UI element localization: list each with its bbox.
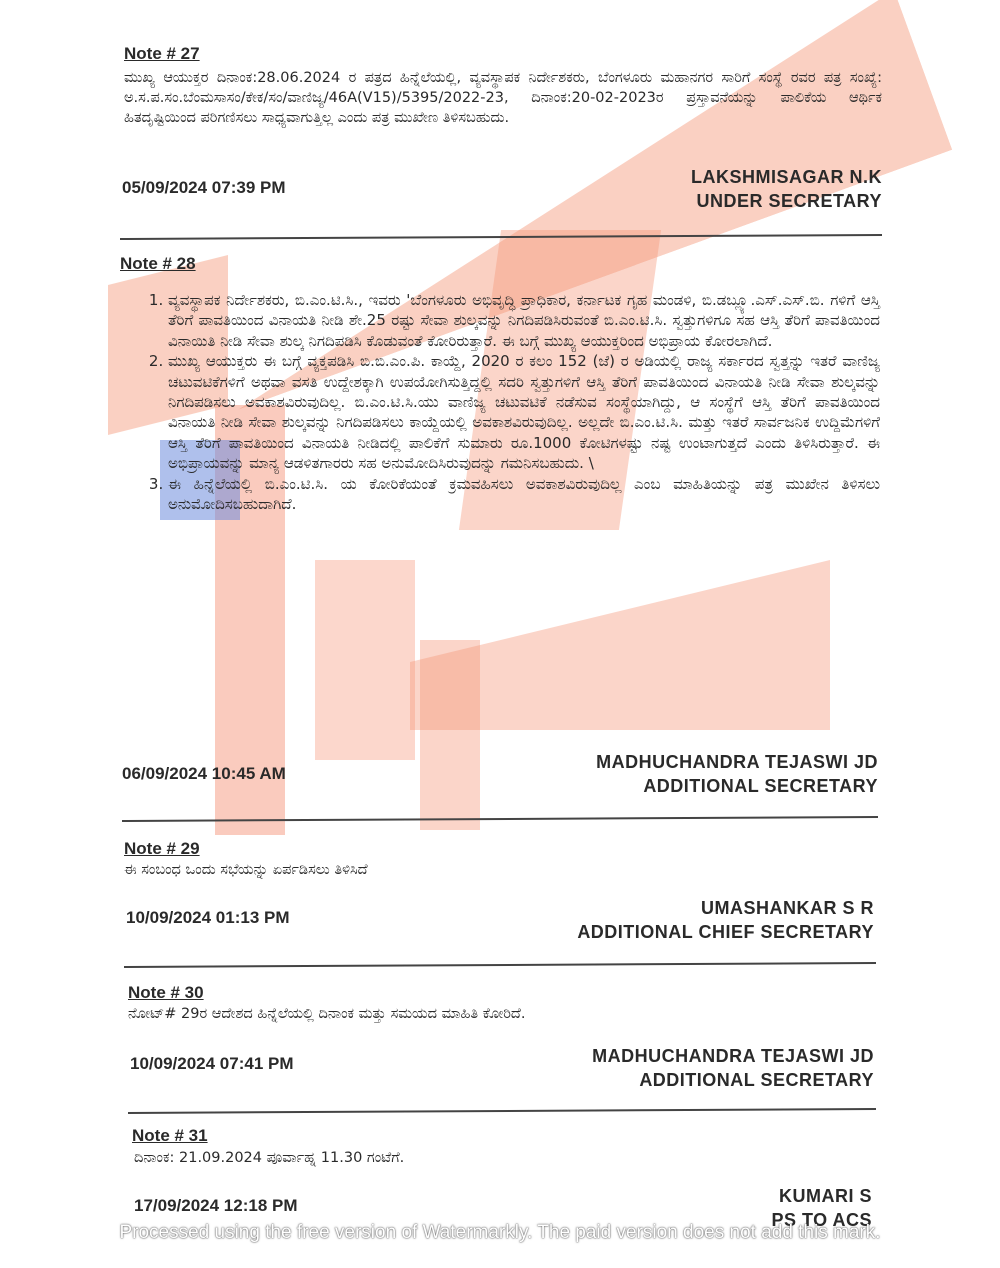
signatory-designation: ADDITIONAL SECRETARY [592, 1068, 874, 1092]
note-28-list: ವ್ಯವಸ್ಥಾಪಕ ನಿರ್ದೇಶಕರು, ಬಿ.ಎಂ.ಟಿ.ಸಿ., ಇವರ… [146, 290, 880, 514]
note-27-timestamp: 05/09/2024 07:39 PM [122, 178, 286, 198]
list-item: ವ್ಯವಸ್ಥಾಪಕ ನಿರ್ದೇಶಕರು, ಬಿ.ಎಂ.ಟಿ.ಸಿ., ಇವರ… [168, 290, 880, 351]
note-31-title: Note # 31 [132, 1126, 208, 1146]
note-28-signatory: MADHUCHANDRA TEJASWI JD ADDITIONAL SECRE… [596, 750, 878, 798]
list-item: ಈ ಹಿನ್ನೆಲೆಯಲ್ಲಿ ಬಿ.ಎಂ.ಟಿ.ಸಿ. ಯ ಕೋರಿಕೆಯಂತ… [168, 474, 880, 515]
note-sheet-document: Note # 27 ಮುಖ್ಯ ಆಯುಕ್ತರ ದಿನಾಂಕ:28.06.202… [0, 0, 1000, 1268]
note-29-signatory: UMASHANKAR S R ADDITIONAL CHIEF SECRETAR… [577, 896, 874, 944]
watermark-text: Processed using the free version of Wate… [0, 1222, 1000, 1244]
divider [120, 234, 882, 239]
note-29-timestamp: 10/09/2024 01:13 PM [126, 908, 290, 928]
note-31-body: ದಿನಾಂಕ: 21.09.2024 ಪೂರ್ವಾಹ್ನ 11.30 ಗಂಟೆಗ… [134, 1148, 834, 1168]
signatory-name: UMASHANKAR S R [577, 896, 874, 920]
note-29-body: ಈ ಸಂಬಂಧ ಒಂದು ಸಭೆಯನ್ನು ಏರ್ಪಡಿಸಲು ತಿಳಿಸಿದೆ [124, 860, 824, 880]
note-30-timestamp: 10/09/2024 07:41 PM [130, 1054, 294, 1074]
note-30-title: Note # 30 [128, 983, 204, 1003]
note-28-timestamp: 06/09/2024 10:45 AM [122, 764, 286, 784]
divider [124, 962, 876, 967]
divider [128, 1108, 876, 1113]
signatory-designation: UNDER SECRETARY [691, 189, 882, 213]
note-27-title: Note # 27 [124, 44, 200, 64]
note-27-signatory: LAKSHMISAGAR N.K UNDER SECRETARY [691, 165, 882, 213]
note-31-timestamp: 17/09/2024 12:18 PM [134, 1196, 298, 1216]
signatory-name: MADHUCHANDRA TEJASWI JD [596, 750, 878, 774]
list-item: ಮುಖ್ಯ ಆಯುಕ್ತರು ಈ ಬಗ್ಗೆ ವ್ಯಕ್ತಪಡಿಸಿ ಬಿ.ಬಿ… [168, 351, 880, 473]
signatory-designation: ADDITIONAL CHIEF SECRETARY [577, 920, 874, 944]
note-29-title: Note # 29 [124, 839, 200, 859]
note-30-body: ನೋಟ್# 29ರ ಆದೇಶದ ಹಿನ್ನೆಲೆಯಲ್ಲಿ ದಿನಾಂಕ ಮತ್… [128, 1004, 828, 1024]
signatory-name: LAKSHMISAGAR N.K [691, 165, 882, 189]
divider [122, 816, 878, 821]
signatory-designation: ADDITIONAL SECRETARY [596, 774, 878, 798]
signatory-name: MADHUCHANDRA TEJASWI JD [592, 1044, 874, 1068]
note-27-body: ಮುಖ್ಯ ಆಯುಕ್ತರ ದಿನಾಂಕ:28.06.2024 ರ ಪತ್ರದ … [124, 68, 882, 128]
note-30-signatory: MADHUCHANDRA TEJASWI JD ADDITIONAL SECRE… [592, 1044, 874, 1092]
signatory-name: KUMARI S [771, 1184, 872, 1208]
note-28-title: Note # 28 [120, 254, 196, 274]
